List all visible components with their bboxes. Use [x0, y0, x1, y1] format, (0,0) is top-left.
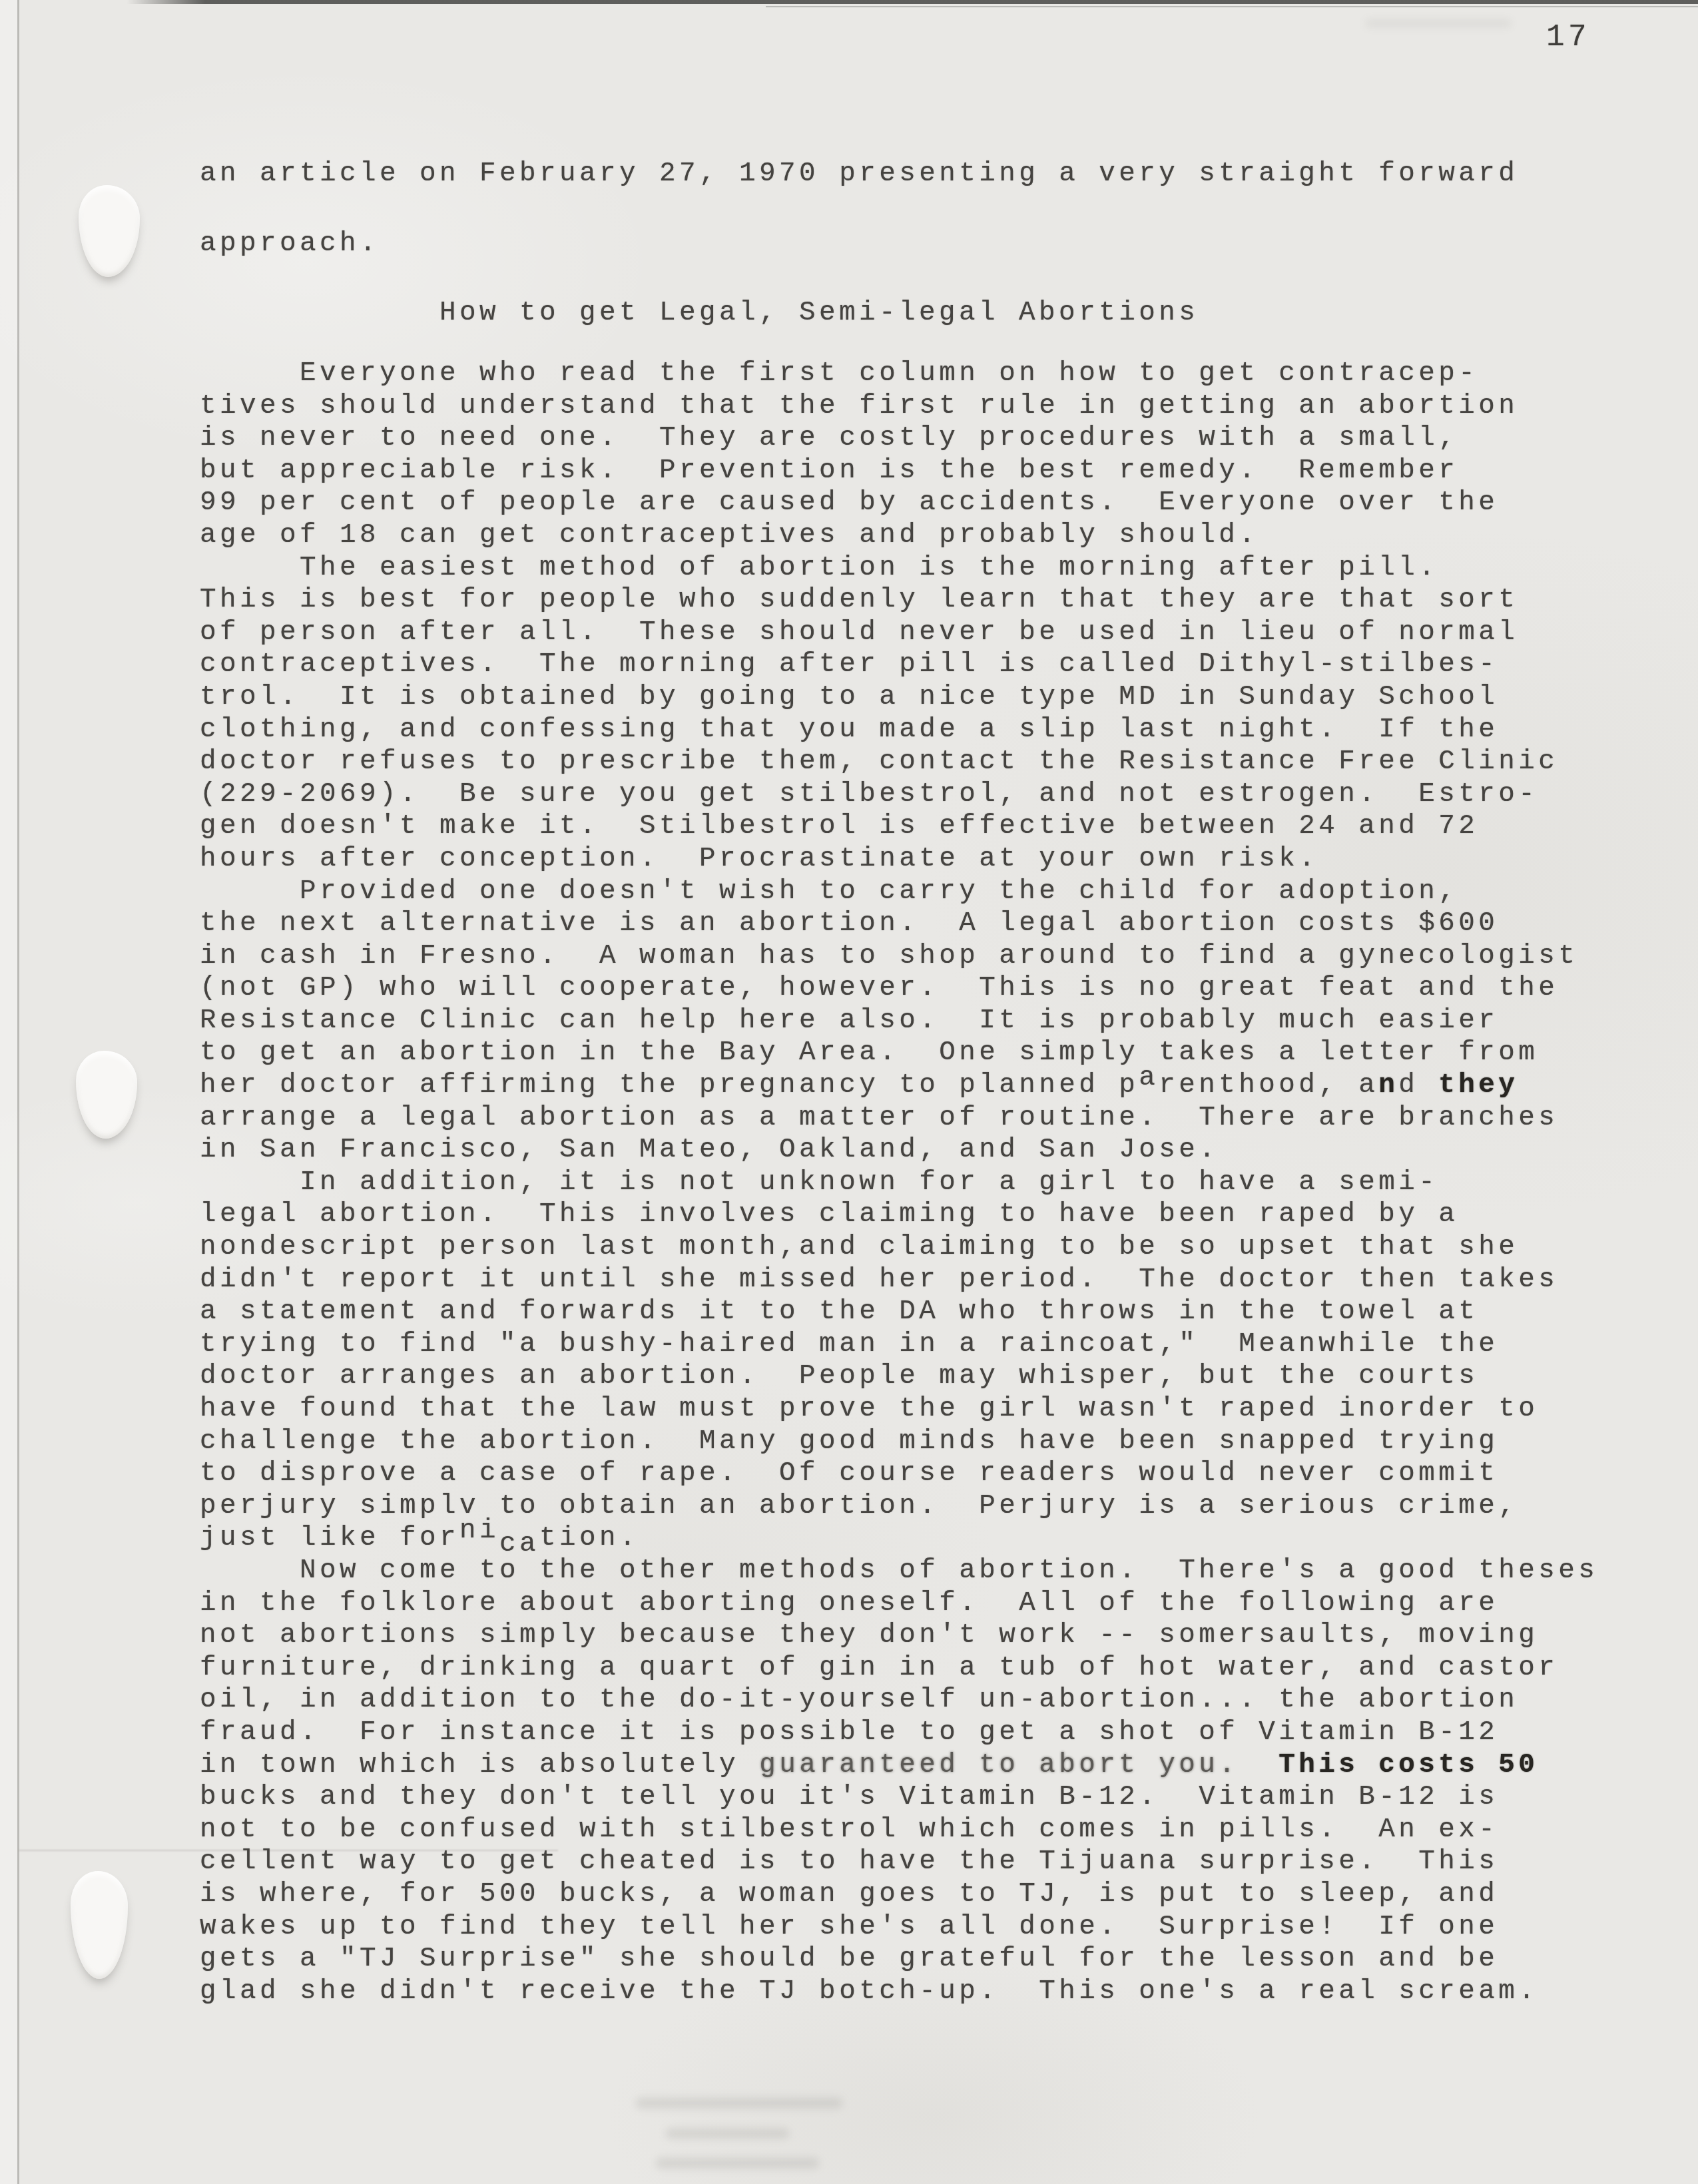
- body-line: is where, for 500 bucks, a woman goes to…: [200, 1879, 1651, 1912]
- typed-text: renthood, a: [1159, 1070, 1378, 1101]
- page-left-edge-line: [17, 0, 19, 2184]
- scan-top-edge-line-faint: [766, 6, 1698, 7]
- body-line: her doctor affirming the pregnancy to pl…: [200, 1070, 1651, 1103]
- body-line: clothing, and confessing that you made a…: [200, 714, 1651, 747]
- body-line: gen doesn't make it. Stilbestrol is effe…: [200, 811, 1651, 844]
- body-line: (not GP) who will cooperate, however. Th…: [200, 973, 1651, 1005]
- punch-hole-bottom: [71, 1871, 128, 1979]
- body-line: cellent way to get cheated is to have th…: [200, 1846, 1651, 1879]
- body-line: doctor refuses to prescribe them, contac…: [200, 746, 1651, 779]
- page-left-margin-strip: [0, 0, 17, 2184]
- body-line: doctor arranges an abortion. People may …: [200, 1361, 1651, 1394]
- body-line: oil, in addition to the do-it-yourself u…: [200, 1685, 1651, 1717]
- body-line: gets a "TJ Surprise" she should be grate…: [200, 1944, 1651, 1976]
- body-line: in town which is absolutely guaranteed t…: [200, 1750, 1651, 1782]
- body-line: Resistance Clinic can help here also. It…: [200, 1005, 1651, 1038]
- typed-correction: ca: [499, 1529, 539, 1559]
- body-line: The easiest method of abortion is the mo…: [200, 553, 1651, 585]
- body-line: trying to find "a bushy-haired man in a …: [200, 1329, 1651, 1362]
- body-line: nondescript person last month,and claimi…: [200, 1232, 1651, 1264]
- body-line: tives should understand that the first r…: [200, 391, 1651, 423]
- typed-correction: This costs 50: [1278, 1750, 1538, 1780]
- body-line: Now come to the other methods of abortio…: [200, 1555, 1651, 1588]
- body-line: Everyone who read the first column on ho…: [200, 358, 1651, 391]
- typed-correction: ni: [459, 1515, 499, 1546]
- body-text: Everyone who read the first column on ho…: [200, 358, 1651, 2008]
- section-heading: How to get Legal, Semi-legal Abortions: [439, 298, 1199, 328]
- typed-correction: a: [1139, 1063, 1159, 1093]
- body-line: 99 per cent of people are caused by acci…: [200, 487, 1651, 520]
- typed-correction: n: [1378, 1070, 1398, 1101]
- body-line: a statement and forwards it to the DA wh…: [200, 1296, 1651, 1329]
- body-line: age of 18 can get contraceptives and pro…: [200, 520, 1651, 553]
- body-line: bucks and they don't tell you it's Vitam…: [200, 1782, 1651, 1814]
- body-line: to get an abortion in the Bay Area. One …: [200, 1037, 1651, 1070]
- body-line: in San Francisco, San Mateo, Oakland, an…: [200, 1135, 1651, 1167]
- page-number: 17: [1546, 20, 1590, 55]
- body-line: arrange a legal abortion as a matter of …: [200, 1103, 1651, 1135]
- body-line: just like fornication.: [200, 1523, 1651, 1555]
- body-line: perjury simplv to obtain an abortion. Pe…: [200, 1491, 1651, 1523]
- typed-correction: guaranteed to abort you.: [759, 1750, 1239, 1780]
- body-line: to disprove a case of rape. Of course re…: [200, 1458, 1651, 1491]
- intro-line: approach.: [200, 228, 380, 259]
- body-line: This is best for people who suddenly lea…: [200, 585, 1651, 617]
- scanned-typewritten-page: { "page": { "number": "17", "paper_color…: [0, 0, 1698, 2184]
- typed-text: d: [1398, 1070, 1438, 1101]
- body-line: have found that the law must prove the g…: [200, 1394, 1651, 1426]
- bleed-through-smudge: [1365, 19, 1512, 28]
- body-line: is never to need one. They are costly pr…: [200, 423, 1651, 455]
- body-line: legal abortion. This involves claiming t…: [200, 1199, 1651, 1232]
- body-line: wakes up to find they tell her she's all…: [200, 1912, 1651, 1944]
- intro-line: an article on February 27, 1970 presenti…: [200, 158, 1518, 189]
- body-line: in cash in Fresno. A woman has to shop a…: [200, 941, 1651, 973]
- body-line: not abortions simply because they don't …: [200, 1620, 1651, 1653]
- punch-hole-top: [79, 185, 140, 277]
- body-line: glad she didn't receive the TJ botch-up.…: [200, 1976, 1651, 2009]
- bleed-through-smudge: [656, 2157, 819, 2169]
- body-line: not to be confused with stilbestrol whic…: [200, 1814, 1651, 1847]
- body-line: fraud. For instance it is possible to ge…: [200, 1717, 1651, 1750]
- body-line: In addition, it is not unknown for a gir…: [200, 1167, 1651, 1200]
- typed-correction: they: [1438, 1070, 1518, 1101]
- body-line: furniture, drinking a quart of gin in a …: [200, 1653, 1651, 1685]
- body-line: (229-2069). Be sure you get stilbestrol,…: [200, 779, 1651, 812]
- body-line: in the folklore about aborting oneself. …: [200, 1588, 1651, 1621]
- typed-text: just like for: [200, 1523, 459, 1553]
- bleed-through-smudge: [636, 2097, 842, 2109]
- body-line: the next alternative is an abortion. A l…: [200, 908, 1651, 941]
- punch-hole-middle: [76, 1051, 137, 1139]
- typed-text: [1239, 1750, 1278, 1780]
- bleed-through-smudge: [666, 2128, 789, 2139]
- body-line: hours after conception. Procrastinate at…: [200, 844, 1651, 876]
- scan-top-edge-line: [127, 0, 1698, 4]
- body-line: challenge the abortion. Many good minds …: [200, 1426, 1651, 1459]
- body-line: trol. It is obtained by going to a nice …: [200, 682, 1651, 714]
- typed-text: tion.: [539, 1523, 639, 1553]
- body-line: but appreciable risk. Prevention is the …: [200, 455, 1651, 488]
- body-line: Provided one doesn't wish to carry the c…: [200, 876, 1651, 909]
- typed-text: in town which is absolutely: [200, 1750, 759, 1780]
- body-line: didn't report it until she missed her pe…: [200, 1264, 1651, 1297]
- typed-text: her doctor affirming the pregnancy to pl…: [200, 1070, 1139, 1101]
- body-line: contraceptives. The morning after pill i…: [200, 649, 1651, 682]
- body-line: of person after all. These should never …: [200, 617, 1651, 650]
